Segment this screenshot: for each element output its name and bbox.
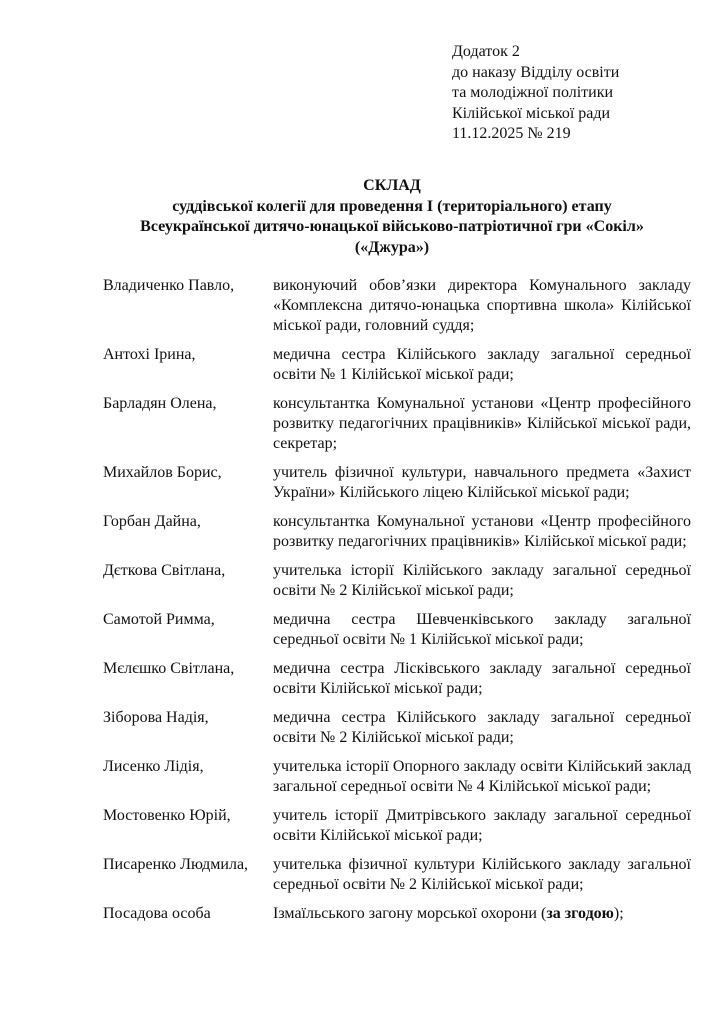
appendix-line: Додаток 2 — [452, 42, 619, 63]
description-end: ); — [614, 905, 624, 922]
member-name: Самотой Римма, — [103, 610, 273, 630]
member-row: Посадова особа Ізмаїльського загону морс… — [103, 904, 691, 924]
member-description: учитель фізичної культури, навчального п… — [273, 463, 691, 503]
document-title: СКЛАД суддівської колегії для проведення… — [90, 176, 694, 258]
member-description: медична сестра Шевченківського закладу з… — [273, 610, 691, 650]
member-row: Горбан Дайна, консультантка Комунальної … — [103, 512, 691, 552]
member-description: медична сестра Кілійського закладу загал… — [273, 345, 691, 385]
member-name: Писаренко Людмила, — [103, 855, 273, 875]
appendix-line: та молодіжної політики — [452, 83, 619, 104]
member-row: Зіборова Надія, медична сестра Кілійсько… — [103, 708, 691, 748]
description-text: Ізмаїльського загону морської охорони ( — [273, 905, 546, 922]
member-row: Лисенко Лідія, учителька історії Опорног… — [103, 757, 691, 797]
member-name: Зіборова Надія, — [103, 708, 273, 728]
member-name: Лисенко Лідія, — [103, 757, 273, 777]
member-row: Писаренко Людмила, учителька фізичної ку… — [103, 855, 691, 895]
member-description: учитель історії Дмитрівського закладу за… — [273, 806, 691, 846]
appendix-header: Додаток 2 до наказу Відділу освіти та мо… — [452, 42, 619, 145]
member-row: Мостовенко Юрій, учитель історії Дмитрів… — [103, 806, 691, 846]
title-line: Всеукраїнської дитячо-юнацької військово… — [90, 217, 694, 238]
member-description: учителька фізичної культури Кілійського … — [273, 855, 691, 895]
member-description: медична сестра Кілійського закладу загал… — [273, 708, 691, 748]
member-name: Барладян Олена, — [103, 394, 273, 414]
member-description: консультантка Комунальної установи «Цент… — [273, 512, 691, 552]
member-row: Антохі Ірина, медична сестра Кілійського… — [103, 345, 691, 385]
title-line: суддівської колегії для проведення І (те… — [90, 197, 694, 218]
member-name: Антохі Ірина, — [103, 345, 273, 365]
member-description: учителька історії Кілійського закладу за… — [273, 561, 691, 601]
member-row: Михайлов Борис, учитель фізичної культур… — [103, 463, 691, 503]
consent-note: за згодою — [546, 905, 614, 922]
member-name: Мєлєшко Світлана, — [103, 659, 273, 679]
member-row: Дєткова Світлана, учителька історії Кілі… — [103, 561, 691, 601]
appendix-line: Кілійської міської ради — [452, 104, 619, 125]
appendix-date-number: 11.12.2025 № 219 — [452, 124, 619, 145]
member-name: Мостовенко Юрій, — [103, 806, 273, 826]
member-row: Барладян Олена, консультантка Комунально… — [103, 394, 691, 454]
member-description: виконуючий обов’язки директора Комунальн… — [273, 276, 691, 336]
member-description: Ізмаїльського загону морської охорони (з… — [273, 904, 691, 924]
member-row: Мєлєшко Світлана, медична сестра Лісківс… — [103, 659, 691, 699]
member-name: Дєткова Світлана, — [103, 561, 273, 581]
member-row: Владиченко Павло, виконуючий обов’язки д… — [103, 276, 691, 336]
appendix-line: до наказу Відділу освіти — [452, 63, 619, 84]
member-name: Посадова особа — [103, 904, 273, 924]
members-list: Владиченко Павло, виконуючий обов’язки д… — [103, 276, 691, 933]
member-description: консультантка Комунальної установи «Цент… — [273, 394, 691, 454]
member-description: учителька історії Опорного закладу освіт… — [273, 757, 691, 797]
member-name: Михайлов Борис, — [103, 463, 273, 483]
member-description: медична сестра Лісківського закладу зага… — [273, 659, 691, 699]
member-row: Самотой Римма, медична сестра Шевченківс… — [103, 610, 691, 650]
title-heading: СКЛАД — [90, 176, 694, 197]
member-name: Владиченко Павло, — [103, 276, 273, 296]
title-line: («Джура») — [90, 238, 694, 259]
member-name: Горбан Дайна, — [103, 512, 273, 532]
